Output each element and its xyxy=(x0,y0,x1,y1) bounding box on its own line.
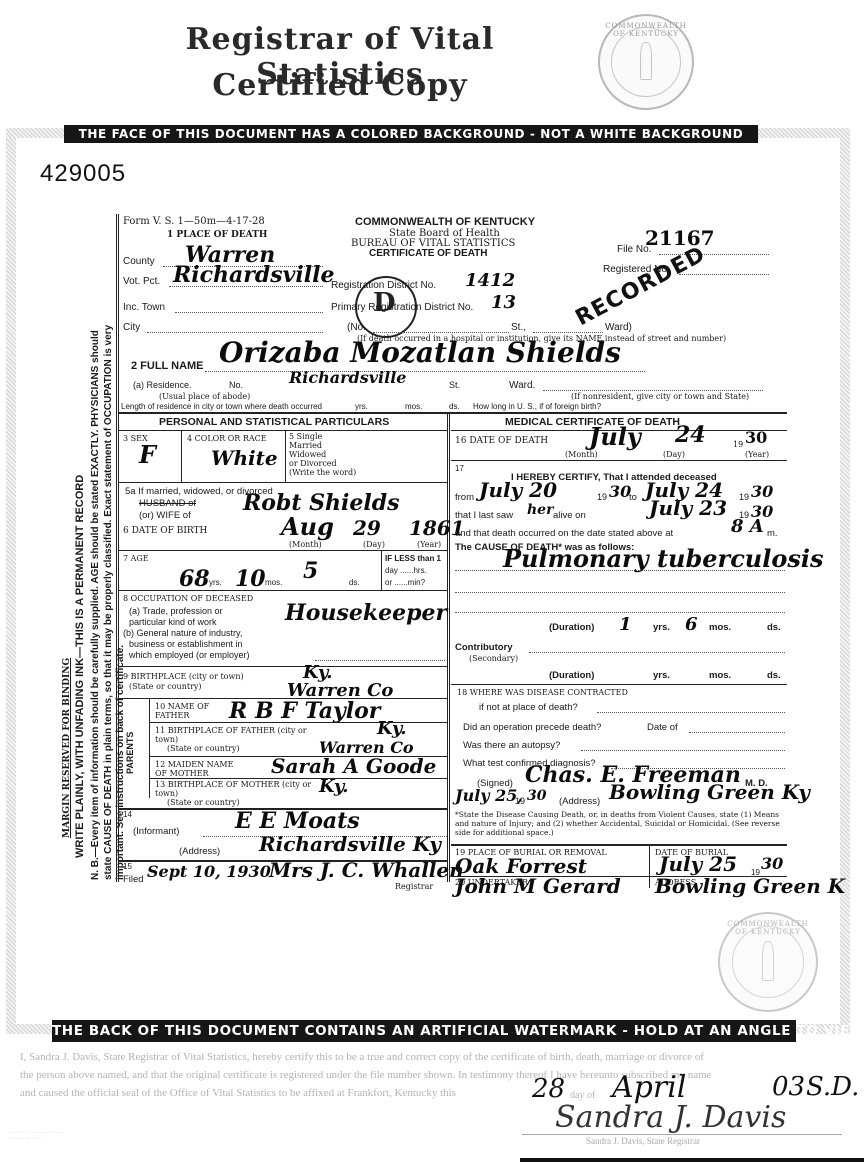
filed-number: 15 xyxy=(123,862,132,871)
bottom-edge-bar xyxy=(520,1158,864,1162)
filed-label: Filed xyxy=(123,874,144,885)
contributory-mos-label: mos. xyxy=(709,670,731,681)
rule xyxy=(381,550,382,590)
residence-ward-label: Ward. xyxy=(509,380,535,391)
age-yrs-label: yrs. xyxy=(209,578,222,587)
county-label: County xyxy=(123,256,155,267)
death-month-caption: (Month) xyxy=(565,450,598,459)
agency-name: COMMONWEALTH OF KENTUCKY xyxy=(355,216,535,228)
residence-st-label: St. xyxy=(449,380,460,390)
informant-address-label: (Address) xyxy=(179,846,220,857)
contributory-duration-label: (Duration) xyxy=(549,670,594,681)
last-saw-date: July 23 xyxy=(649,496,727,520)
spouse-label-c: (or) WIFE of xyxy=(139,510,191,521)
age-ds-label: ds. xyxy=(349,578,360,587)
death-time-label: and that death occurred on the date stat… xyxy=(455,528,673,539)
race-value: White xyxy=(211,446,278,470)
seal-figure-icon xyxy=(762,941,774,981)
city-line xyxy=(147,332,323,333)
from-label: from xyxy=(455,492,474,503)
race-label: 4 COLOR OR RACE xyxy=(187,434,267,443)
from-year: 30 xyxy=(609,482,631,501)
undertaker-value: John M Gerard xyxy=(455,874,621,898)
contributory-label: Contributory xyxy=(455,642,513,653)
cause-footnote: *State the Disease Causing Death, or, in… xyxy=(455,810,785,837)
residence-no-label: No. xyxy=(229,380,243,390)
operation-label: Did an operation precede death? xyxy=(463,722,601,733)
length-mos: mos. xyxy=(405,402,422,411)
abode-note: (Usual place of abode) xyxy=(159,392,250,401)
security-border-left xyxy=(6,136,16,1026)
signed-year: 30 xyxy=(527,788,546,804)
item-17-number: 17 xyxy=(455,464,464,473)
autopsy-line xyxy=(581,750,785,751)
file-number: 21167 xyxy=(645,226,715,250)
death-month: July xyxy=(589,422,641,451)
personal-heading: PERSONAL AND STATISTICAL PARTICULARS xyxy=(159,416,389,428)
registrar-name: Mrs J. C. Whallen xyxy=(269,858,464,882)
age-days: 5 xyxy=(303,558,318,584)
from-date: July 20 xyxy=(479,478,557,502)
registrar-label: Registrar xyxy=(395,882,433,891)
death-time-suffix: m. xyxy=(767,528,778,539)
spouse-label-b: HUSBAND of xyxy=(139,498,196,509)
dob-month-caption: (Month) xyxy=(289,540,322,549)
father-value: R B F Taylor xyxy=(229,698,380,724)
ward-line xyxy=(533,332,603,333)
occupation-a-label2: particular kind of work xyxy=(129,617,217,627)
duration-ds-label: ds. xyxy=(767,622,781,633)
physician-address-label: (Address) xyxy=(559,796,600,807)
autopsy-label: Was there an autopsy? xyxy=(463,740,560,751)
informant-address: Richardsville Ky xyxy=(259,832,441,856)
registered-no-line xyxy=(679,274,769,275)
section-divider xyxy=(119,412,787,414)
cause-line-3 xyxy=(455,612,785,613)
mother-birthplace-state: Ky. xyxy=(319,776,349,797)
rule xyxy=(119,482,447,483)
birthplace-label2: (State or country) xyxy=(129,682,202,691)
burial-year: 30 xyxy=(761,854,783,873)
last-saw-label-a: that I last saw xyxy=(455,510,513,521)
length-ds: ds. xyxy=(449,402,460,411)
street-no-line xyxy=(373,332,509,333)
occupation-b-label2: business or establishment in xyxy=(129,639,243,649)
nonresident-note: (If nonresident, give city or town and S… xyxy=(571,392,749,401)
to-year-prefix: 19 xyxy=(739,492,749,502)
rule xyxy=(119,430,447,431)
length-yrs: yrs. xyxy=(355,402,368,411)
last-saw-pronoun: her xyxy=(527,502,553,518)
undertaker-address: Bowling Green K xyxy=(655,874,845,898)
duration-yrs-label: yrs. xyxy=(653,622,670,633)
to-label: to xyxy=(629,492,637,503)
death-year: 30 xyxy=(745,428,767,447)
occupation-a-label: (a) Trade, profession or xyxy=(129,606,223,616)
certification-initials: S.D. xyxy=(806,1072,859,1102)
parents-label: PARENTS xyxy=(125,732,135,774)
occupation-b-label: (b) General nature of industry, xyxy=(123,628,242,638)
rule xyxy=(285,430,286,482)
document-subtitle: Certified Copy xyxy=(110,68,570,103)
rule xyxy=(119,590,447,591)
filed-date: Sept 10, 1930 xyxy=(147,862,271,881)
contributory-ds-label: ds. xyxy=(767,670,781,681)
file-no-label: File No. xyxy=(617,244,651,255)
day-hrs-label: day ......hrs. xyxy=(385,566,427,575)
rule xyxy=(119,666,447,667)
date-of-death-label: 16 DATE OF DEATH xyxy=(455,436,548,446)
duration-years: 1 xyxy=(619,614,632,635)
sex-value: F xyxy=(139,440,156,469)
age-mos-label: mos. xyxy=(265,578,282,587)
father-birthplace-state: Ky. xyxy=(377,718,407,739)
full-name-value: Orizaba Mozatlan Shields xyxy=(219,336,621,369)
physician-address: Bowling Green Ky xyxy=(609,780,810,804)
death-certificate-form: Form V. S. 1—50m—4-17-28 1 PLACE OF DEAT… xyxy=(116,214,784,882)
duration-label: (Duration) xyxy=(549,622,594,633)
employer-line xyxy=(315,660,445,661)
rule xyxy=(119,550,447,551)
dob-year-caption: (Year) xyxy=(417,540,441,549)
signed-year-prefix: 19 xyxy=(515,796,525,806)
rule xyxy=(451,460,787,461)
dob-day-caption: (Day) xyxy=(363,540,385,549)
residence-label: (a) Residence. xyxy=(133,380,192,390)
mother-birthplace-label: 13 BIRTHPLACE OF MOTHER (city or town) xyxy=(155,780,325,798)
death-day: 24 xyxy=(675,422,706,448)
security-banner-top: THE FACE OF THIS DOCUMENT HAS A COLORED … xyxy=(64,125,758,143)
operation-date-line xyxy=(689,732,785,733)
rule xyxy=(149,778,447,779)
vot-pct-label: Vot. Pct. xyxy=(123,276,160,287)
rule xyxy=(181,430,182,482)
less-than-label: IF LESS than 1 xyxy=(385,554,441,563)
recorded-stamp: RECORDED xyxy=(572,242,710,331)
margin-write-plainly: WRITE PLAINLY, WITH UNFADING INK—THIS IS… xyxy=(74,475,86,858)
street-no-label: (No. xyxy=(347,322,366,333)
street-label: St., xyxy=(511,322,526,333)
form-id: Form V. S. 1—50m—4-17-28 xyxy=(123,216,265,227)
disease-contracted-line xyxy=(597,712,785,713)
rule xyxy=(649,844,650,888)
seal-figure-icon xyxy=(640,42,651,81)
registration-district-label: Registration District No. xyxy=(331,280,436,291)
place-of-death-heading: 1 PLACE OF DEATH xyxy=(167,230,267,240)
form-print-code: · · ·· · ·· ·· ·· ···· ··· ·· ··· ·· ·· … xyxy=(8,1130,63,1142)
signature-caption: Sandra J. Davis, State Registrar xyxy=(586,1136,700,1146)
certificate-title: CERTIFICATE OF DEATH xyxy=(369,248,488,259)
security-border-top-right xyxy=(758,128,850,138)
contributory-line xyxy=(529,652,785,653)
age-years: 68 xyxy=(179,566,210,592)
security-border-bottom-left xyxy=(6,1024,52,1034)
last-saw-label-b: alive on xyxy=(553,510,586,521)
certification-year: 03 xyxy=(772,1072,805,1102)
occupation-heading: 8 OCCUPATION OF DECEASED xyxy=(123,594,253,603)
informant-value: E E Moats xyxy=(235,808,360,834)
margin-instructions-line1: N. B.—Every item of information should b… xyxy=(90,330,101,880)
father-birthplace-label2: (State or country) xyxy=(167,744,240,753)
column-divider xyxy=(447,412,450,882)
state-seal-embossed-icon: COMMONWEALTH OF KENTUCKY xyxy=(718,912,818,1012)
dob-month: Aug xyxy=(281,512,334,541)
age-label: 7 AGE xyxy=(123,554,149,563)
birthplace-label: 9 BIRTHPLACE (city or town) xyxy=(123,672,244,681)
dob-day: 29 xyxy=(353,516,381,540)
duration-mos-label: mos. xyxy=(709,622,731,633)
dob-label: 6 DATE OF BIRTH xyxy=(123,526,207,536)
full-name-line xyxy=(205,371,645,372)
mother-label: 12 MAIDEN NAME OF MOTHER xyxy=(155,760,245,778)
rule xyxy=(451,684,787,685)
occupation-b-label3: which employed (or employer) xyxy=(129,650,250,660)
cause-of-death-value: Pulmonary tuberculosis xyxy=(503,544,824,573)
state-seal-icon: COMMONWEALTH OF KENTUCKY xyxy=(598,14,694,110)
foreign-birth-label: How long in U. S., if of foreign birth? xyxy=(473,402,601,411)
certificate-number: 429005 xyxy=(40,160,126,188)
death-year-prefix: 19 xyxy=(733,440,743,449)
death-day-caption: (Day) xyxy=(663,450,685,459)
death-time: 8 A xyxy=(731,516,764,537)
occupation-value: Housekeeper xyxy=(285,600,447,626)
cause-line-1 xyxy=(455,570,785,571)
signature-line xyxy=(522,1134,842,1135)
burial-date: July 25 xyxy=(659,852,737,876)
inc-town-line xyxy=(175,312,323,313)
residence-value: Richardsville xyxy=(289,368,406,387)
or-min-label: or ......min? xyxy=(385,578,425,587)
informant-label: (Informant) xyxy=(133,826,179,837)
disease-contracted-label: 18 WHERE WAS DISEASE CONTRACTED xyxy=(457,688,628,697)
full-name-label: 2 FULL NAME xyxy=(131,360,204,372)
security-banner-bottom: THE BACK OF THIS DOCUMENT CONTAINS AN AR… xyxy=(52,1020,796,1042)
disease-contracted-label2: if not at place of death? xyxy=(479,702,578,713)
margin-binding-note: MARGIN RESERVED FOR BINDING xyxy=(62,658,72,838)
residence-ward-line xyxy=(543,390,763,391)
from-year-prefix: 19 xyxy=(597,492,607,502)
secondary-label: (Secondary) xyxy=(469,654,518,663)
vot-pct-value: Richardsville xyxy=(173,262,335,288)
registrar-signature: Sandra J. Davis xyxy=(555,1100,786,1135)
margin-instructions-line2: state CAUSE OF DEATH in plain terms, so … xyxy=(103,325,114,880)
primary-registration-value: 13 xyxy=(491,292,516,313)
operation-date-label: Date of xyxy=(647,722,678,733)
mother-birthplace-label2: (State or country) xyxy=(167,798,240,807)
age-months: 10 xyxy=(235,566,266,592)
contributory-yrs-label: yrs. xyxy=(653,670,670,681)
father-birthplace-label: 11 BIRTHPLACE OF FATHER (city or town) xyxy=(155,726,325,744)
signed-date: July 25, xyxy=(455,786,523,805)
marital-status-label: 5 Single Married Widowed or Divorced (Wr… xyxy=(289,432,356,477)
city-label: City xyxy=(123,322,140,333)
rule xyxy=(149,698,150,798)
security-border-top-left xyxy=(6,128,64,138)
to-year: 30 xyxy=(751,482,773,501)
informant-number: 14 xyxy=(123,810,132,819)
death-year-caption: (Year) xyxy=(745,450,769,459)
primary-registration-label: Primary Registration District No. xyxy=(331,302,473,313)
duration-months: 6 xyxy=(685,614,698,635)
mother-value: Sarah A Goode xyxy=(271,754,436,778)
rule xyxy=(451,844,787,846)
ward-label: Ward) xyxy=(605,322,632,333)
registration-district-value: 1412 xyxy=(465,270,515,291)
cause-line-2 xyxy=(455,592,785,593)
inc-town-label: Inc. Town xyxy=(123,302,165,313)
length-of-residence-label: Length of residence in city or town wher… xyxy=(121,402,322,411)
